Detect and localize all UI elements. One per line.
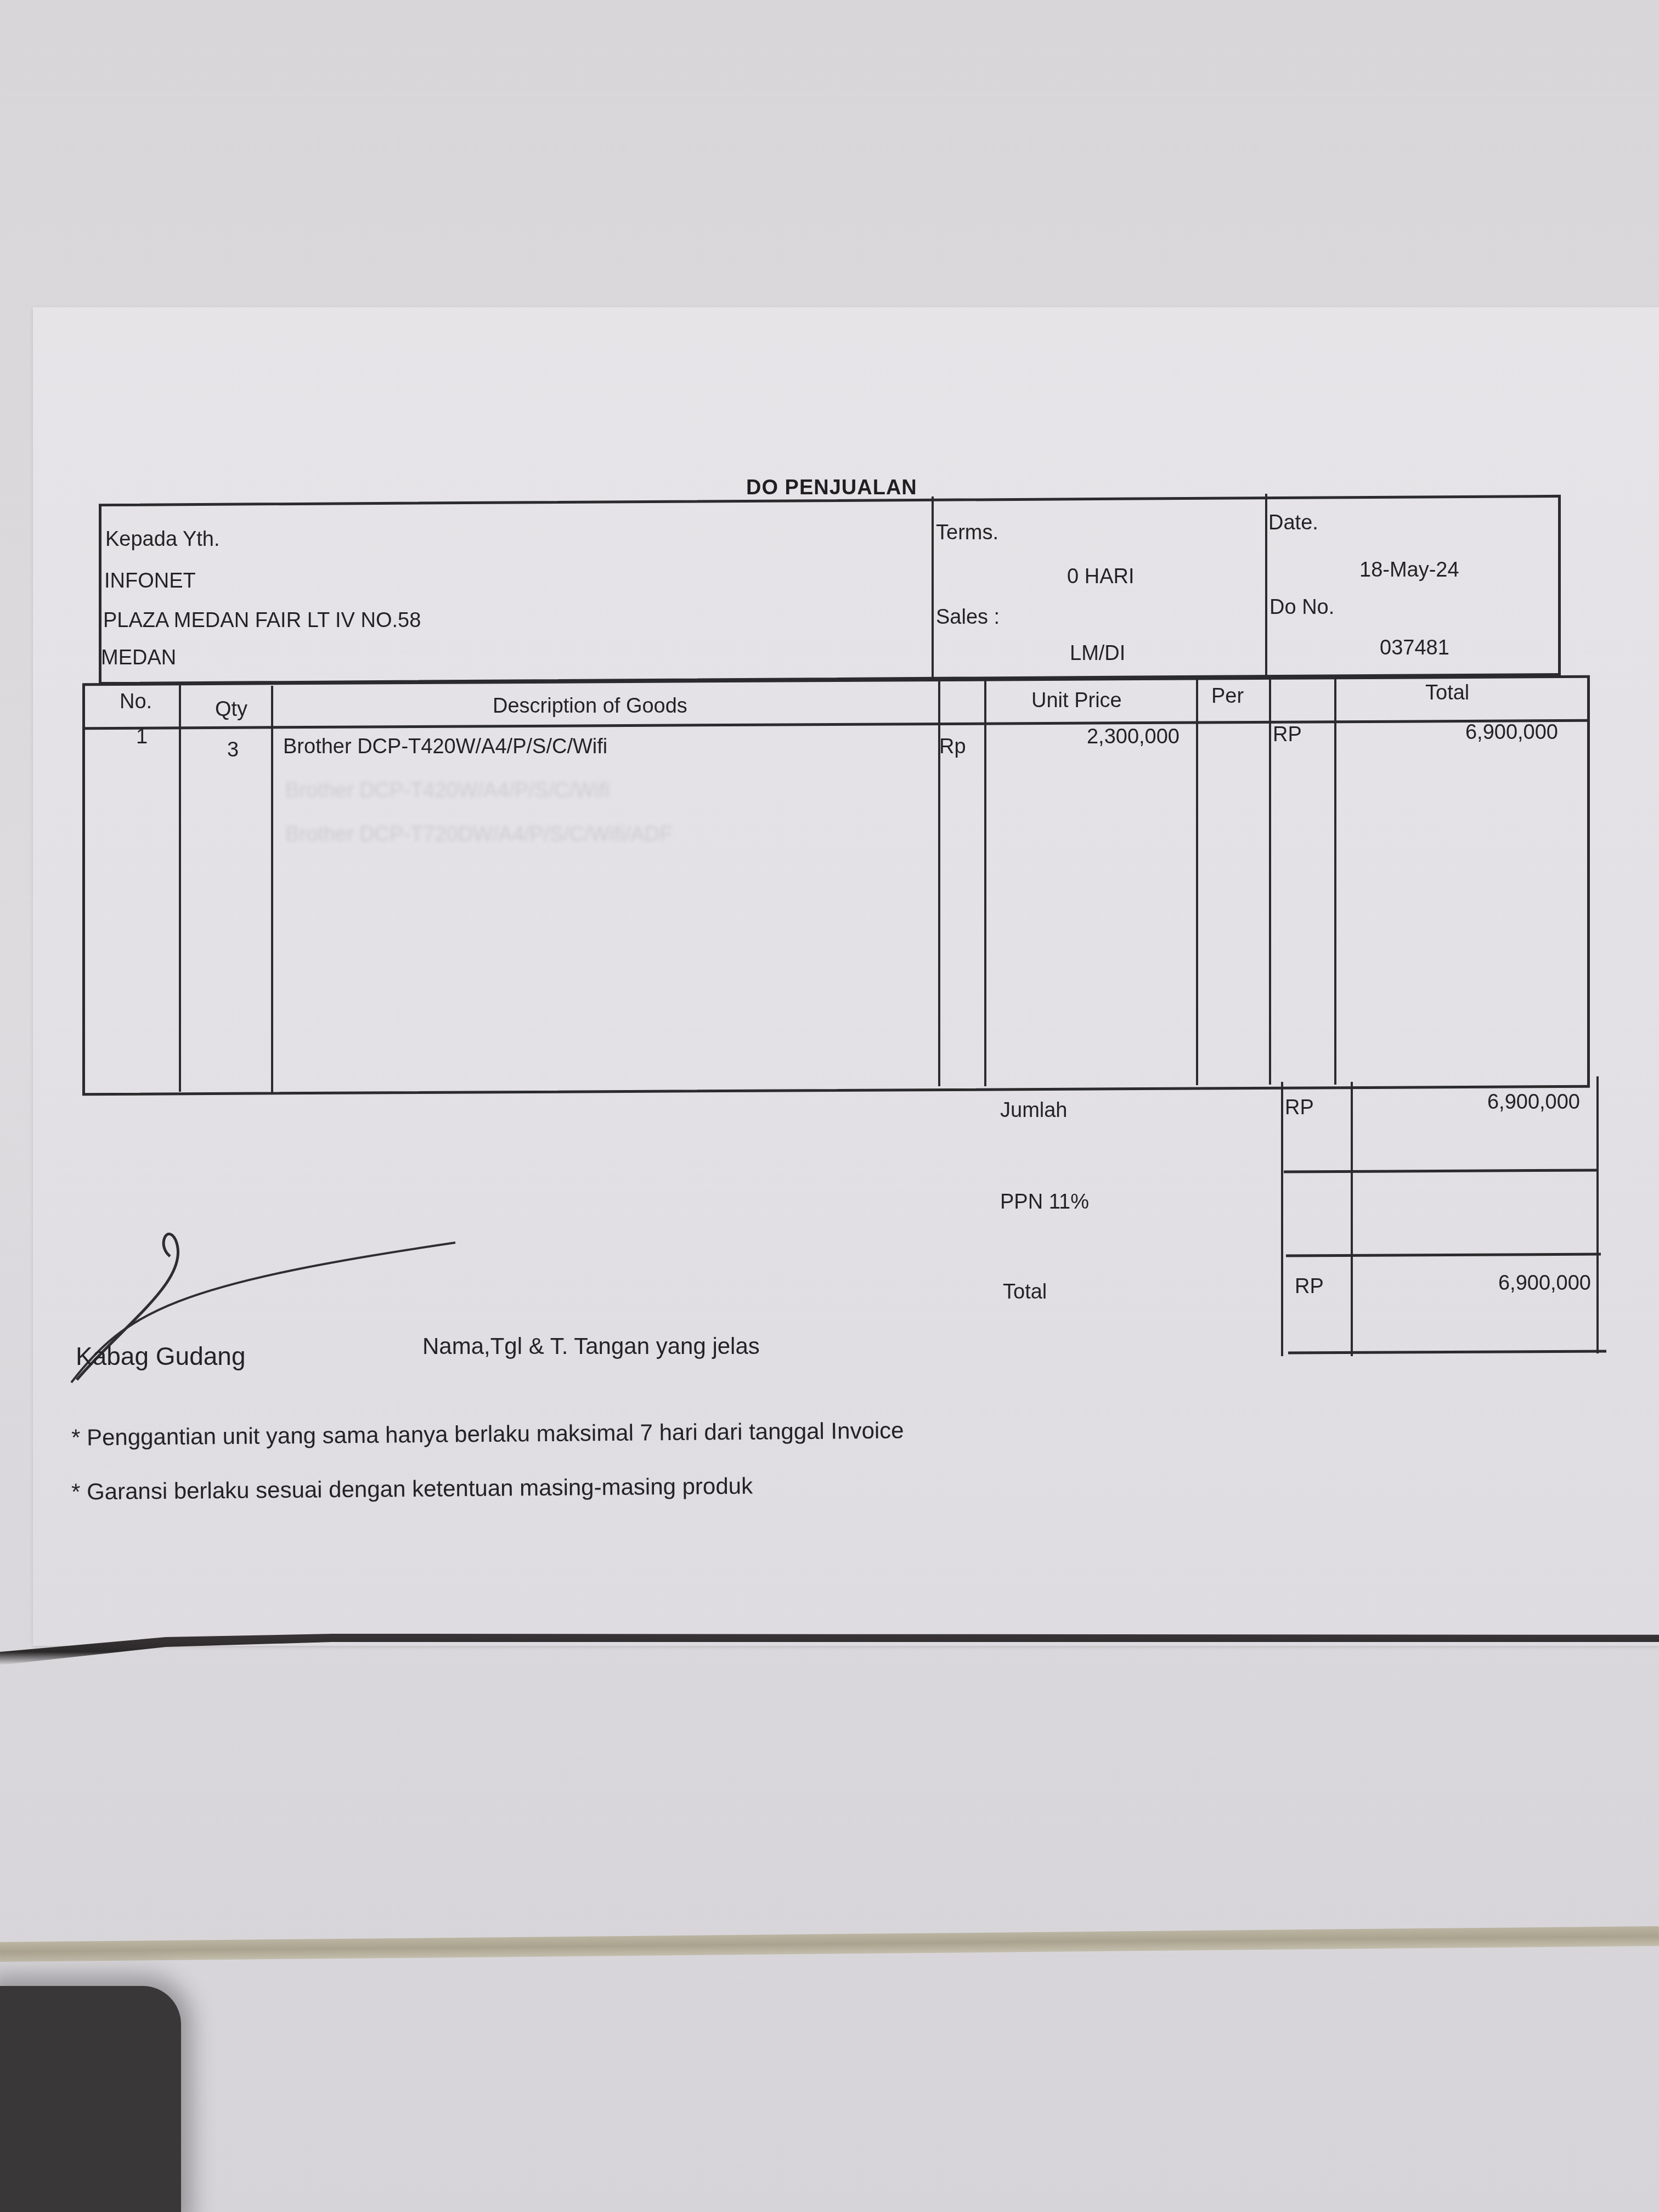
note-item: * Garansi berlaku sesuai dengan ketentua… bbox=[71, 1473, 753, 1505]
customer-city: MEDAN bbox=[101, 646, 176, 670]
row-qty: 3 bbox=[227, 738, 239, 762]
row-total-currency: RP bbox=[1273, 723, 1302, 747]
customer-name: INFONET bbox=[104, 569, 196, 593]
header-box bbox=[99, 495, 1561, 685]
row-no: 1 bbox=[136, 725, 148, 749]
do-number-label: Do No. bbox=[1269, 596, 1334, 619]
sales-label: Sales : bbox=[936, 606, 1000, 629]
row-currency: Rp bbox=[939, 735, 966, 759]
terms-label: Terms. bbox=[936, 521, 998, 545]
grand-total-currency: RP bbox=[1295, 1275, 1324, 1299]
col-divider-no bbox=[179, 683, 181, 1092]
note-item: * Penggantian unit yang sama hanya berla… bbox=[71, 1417, 904, 1451]
divider-date bbox=[1265, 494, 1267, 678]
col-divider-total-currency bbox=[1334, 676, 1336, 1085]
header-per: Per bbox=[1211, 685, 1244, 708]
col-divider-qty bbox=[271, 686, 273, 1093]
row-total: 6,900,000 bbox=[1415, 721, 1558, 744]
header-total: Total bbox=[1425, 681, 1469, 705]
summary-divider-1 bbox=[1284, 1169, 1598, 1173]
sales-value: LM/DI bbox=[1070, 642, 1125, 665]
show-through-text: Brother DCP-T720DW/A4/P/S/C/Wifi/ADF bbox=[285, 823, 672, 847]
grand-total-value: 6,900,000 bbox=[1448, 1272, 1591, 1295]
do-number-value: 037481 bbox=[1380, 636, 1449, 660]
terms-value: 0 HARI bbox=[1067, 565, 1134, 589]
tax-label: PPN 11% bbox=[1000, 1190, 1089, 1214]
delivery-order-document: DO PENJUALAN Kepada Yth. INFONET PLAZA M… bbox=[0, 0, 1659, 1646]
row-description: Brother DCP-T420W/A4/P/S/C/Wifi bbox=[283, 735, 607, 759]
header-no: No. bbox=[120, 690, 152, 714]
col-divider-unit-price bbox=[1196, 679, 1198, 1085]
date-label: Date. bbox=[1268, 511, 1318, 535]
customer-label: Kepada Yth. bbox=[105, 528, 219, 551]
subtotal-currency: RP bbox=[1285, 1096, 1314, 1120]
date-value: 18-May-24 bbox=[1359, 558, 1459, 582]
subtotal-value: 6,900,000 bbox=[1437, 1091, 1580, 1114]
header-unit-price: Unit Price bbox=[1031, 689, 1122, 713]
summary-divider-2 bbox=[1286, 1252, 1601, 1257]
subtotal-label: Jumlah bbox=[1000, 1099, 1068, 1122]
header-description: Description of Goods bbox=[493, 695, 687, 718]
document-title: DO PENJUALAN bbox=[746, 476, 917, 500]
warehouse-signature-label: Kabag Gudang bbox=[76, 1341, 246, 1371]
grand-total-label: Total bbox=[1003, 1280, 1047, 1304]
col-divider-per bbox=[1269, 676, 1271, 1085]
summary-box bbox=[1281, 1082, 1283, 1356]
summary-bottom bbox=[1288, 1350, 1606, 1354]
customer-address: PLAZA MEDAN FAIR LT IV NO.58 bbox=[103, 609, 421, 633]
summary-right-border bbox=[1596, 1076, 1599, 1353]
show-through-text: Brother DCP-T420W/A4/P/S/C/Wifi bbox=[285, 779, 610, 803]
header-qty: Qty bbox=[215, 698, 247, 721]
phone-shadow bbox=[0, 1986, 181, 2212]
divider-terms bbox=[932, 496, 934, 680]
receiver-signature-label: Nama,Tgl & T. Tangan yang jelas bbox=[422, 1333, 760, 1359]
col-divider-currency bbox=[984, 680, 986, 1086]
summary-col-divider bbox=[1351, 1082, 1353, 1356]
row-unit-price: 2,300,000 bbox=[1042, 725, 1180, 749]
